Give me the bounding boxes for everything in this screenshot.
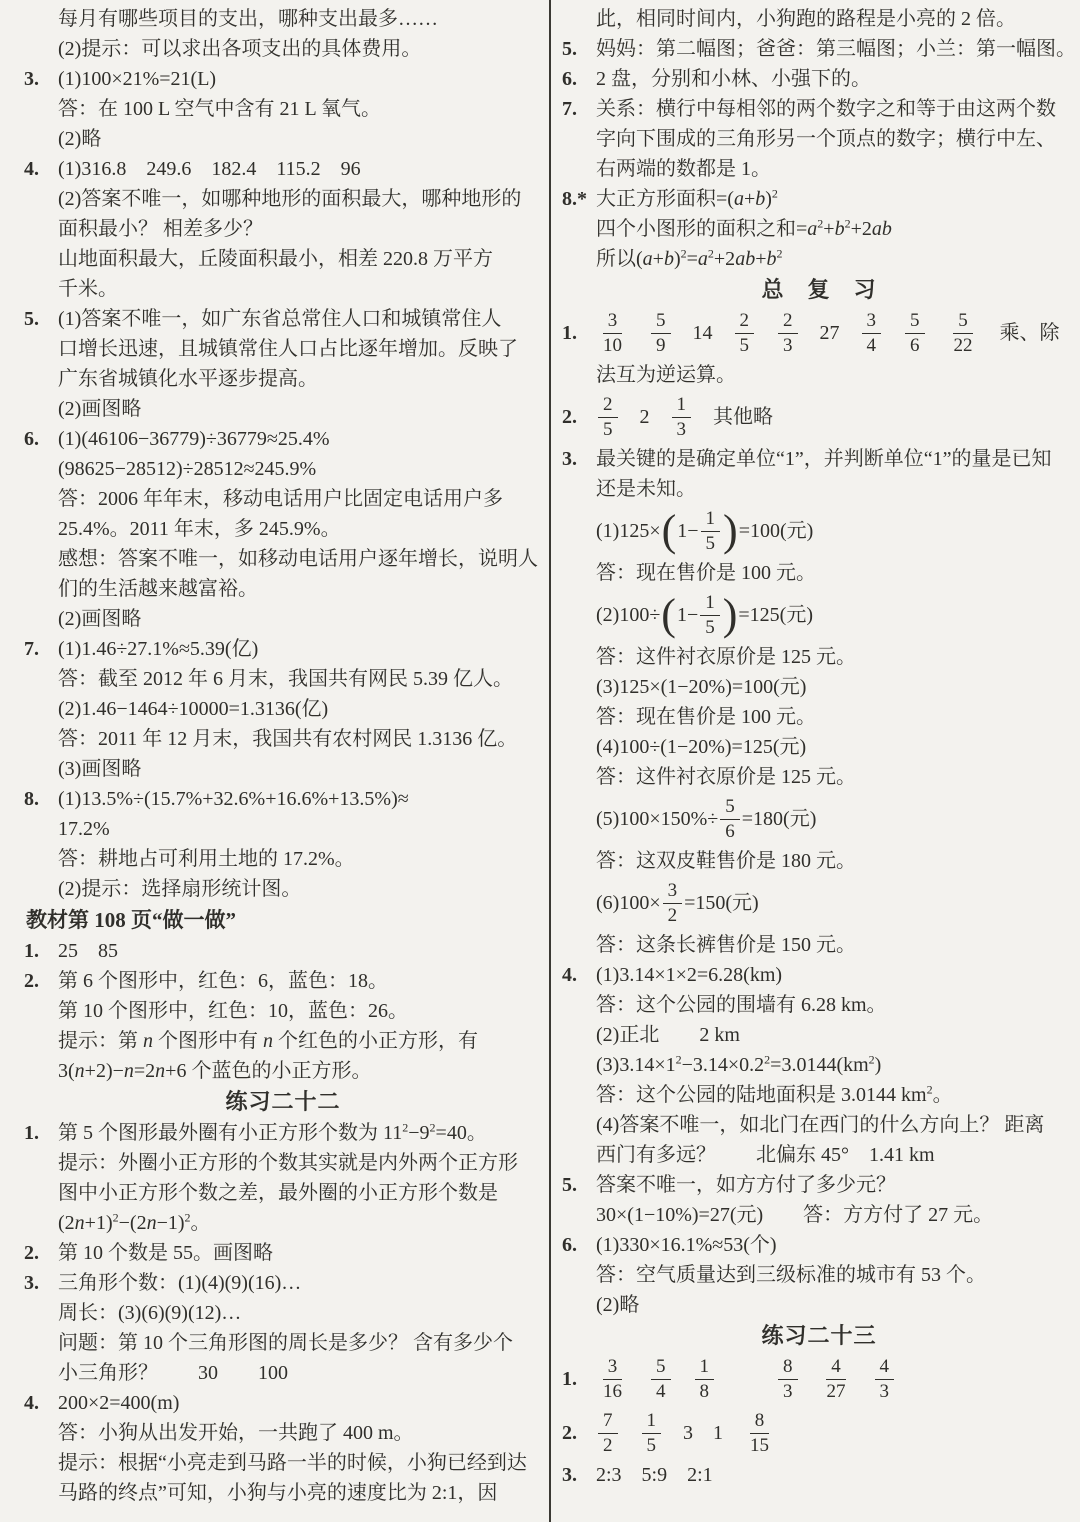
line-content: (2)提示：可以求出各项支出的具体费用。 xyxy=(58,38,421,60)
text-run: 3 1 xyxy=(663,1418,743,1448)
line-content: 30×(1−10%)=27(元) 答：方方付了 27 元。 xyxy=(596,1204,993,1226)
fraction-numerator: 2 xyxy=(598,394,618,418)
math-variable: n xyxy=(75,1212,85,1234)
text-run: =40。 xyxy=(436,1122,487,1144)
line-content: 答：在 100 L 空气中含有 21 L 氧气。 xyxy=(58,98,381,120)
line-content: 2 盘，分别和小林、小强下的。 xyxy=(596,68,871,90)
text-line: 此，相同时间内，小狗跑的路程是小亮的 2 倍。 xyxy=(562,4,1076,34)
fraction-numerator: 1 xyxy=(672,394,692,418)
line-content: 妈妈：第二幅图；爸爸：第三幅图；小兰：第一幅图。 xyxy=(596,38,1076,60)
text-run: (2)略 xyxy=(596,1294,639,1316)
text-line: 第 10 个图形中，红色：10，蓝色：26。 xyxy=(24,996,542,1026)
text-run: 山地面积最大，丘陵面积最小，相差 220.8 万平方 xyxy=(58,248,493,270)
text-run: =100(元) xyxy=(739,516,814,546)
text-run: +1) xyxy=(85,1212,113,1234)
line-content: 马路的终点”可知，小狗与小亮的速度比为 2:1，因 xyxy=(58,1482,497,1504)
text-run: 乘、除 xyxy=(980,318,1060,348)
fraction-numerator: 5 xyxy=(953,310,973,334)
line-content: 四个小图形的面积之和=a2+b2+2ab xyxy=(596,218,892,240)
line-content: 图中小正方形个数之差，最外圈的小正方形个数是 xyxy=(58,1182,498,1204)
text-run: (2)略 xyxy=(58,128,101,150)
fraction-numerator: 3 xyxy=(663,880,683,904)
item-number: 2. xyxy=(24,966,39,996)
text-run: =3.0144(km xyxy=(770,1054,869,1076)
text-line: 4.(1)3.14×1×2=6.28(km) xyxy=(562,960,1076,990)
text-run: 1− xyxy=(677,516,698,546)
item-number: 6. xyxy=(562,1230,577,1260)
line-content: 字向下围成的三角形另一个顶点的数字；横行中左、 xyxy=(596,128,1056,150)
math-variable: b xyxy=(835,218,845,240)
text-run: 答：现在售价是 100 元。 xyxy=(596,706,816,728)
line-content: 答：这个公园的围墙有 6.28 km。 xyxy=(596,994,887,1016)
text-line: 6.2 盘，分别和小林、小强下的。 xyxy=(562,64,1076,94)
fraction-denominator: 8 xyxy=(695,1380,715,1402)
text-run: 周长：(3)(6)(9)(12)… xyxy=(58,1302,241,1324)
fraction: 56 xyxy=(720,796,740,842)
line-content: 答：现在售价是 100 元。 xyxy=(596,562,816,584)
text-line: 答：2006 年年末，移动电话用户比固定电话用户多 xyxy=(24,484,542,514)
text-run: 个图形中有 xyxy=(153,1030,263,1052)
fraction: 15 xyxy=(701,508,721,554)
line-content: 答：2011 年 12 月末，我国共有农村网民 1.3136 亿。 xyxy=(58,728,517,750)
line-content: 大正方形面积=(a+b)2 xyxy=(596,188,778,210)
text-run: 答：耕地占可利用土地的 17.2%。 xyxy=(58,848,355,870)
text-run: 四个小图形的面积之和= xyxy=(596,218,807,240)
fraction: 427 xyxy=(822,1356,851,1402)
big-parenthesis: ( xyxy=(661,594,676,636)
text-line: (4)答案不唯一，如北门在西门的什么方向上？ 距离 xyxy=(562,1110,1076,1140)
text-line: 1.316 54 18 83 427 43 xyxy=(562,1352,1076,1406)
text-line: 还是未知。 xyxy=(562,474,1076,504)
text-run: 27 xyxy=(800,318,860,348)
line-content: 2:3 5:9 2:1 xyxy=(596,1464,713,1486)
text-run: 3( xyxy=(58,1060,75,1082)
text-run: 面积最小？ 相差多少？ xyxy=(58,218,263,240)
text-run xyxy=(927,318,947,348)
math-variable: a xyxy=(698,248,708,270)
line-content: (2)画图略 xyxy=(58,398,141,420)
item-number: 6. xyxy=(24,424,39,454)
text-line: 1.25 85 xyxy=(24,936,542,966)
text-line: 图中小正方形个数之差，最外圈的小正方形个数是 xyxy=(24,1178,542,1208)
line-content: (2)画图略 xyxy=(58,608,141,630)
line-content: (1)125×(1−15)=100(元) xyxy=(596,508,813,554)
text-line: 口增长迅速，且城镇常住人口占比逐年增加。反映了 xyxy=(24,334,542,364)
text-run: 们的生活越来越富裕。 xyxy=(58,578,258,600)
line-content: 提示：第 n 个图形中有 n 个红色的小正方形，有 xyxy=(58,1030,478,1052)
fraction-denominator: 6 xyxy=(720,820,740,842)
item-number: 4. xyxy=(562,960,577,990)
text-run: =150(元) xyxy=(684,888,759,918)
column-divider xyxy=(549,0,551,1522)
fraction-denominator: 10 xyxy=(598,334,627,356)
line-content: (1)答案不唯一，如广东省总常住人口和城镇常住人 xyxy=(58,308,501,330)
line-content: (3)画图略 xyxy=(58,758,141,780)
item-number: 3. xyxy=(24,1268,39,1298)
item-number: 1. xyxy=(562,318,577,348)
text-line: 30×(1−10%)=27(元) 答：方方付了 27 元。 xyxy=(562,1200,1076,1230)
text-line: 25.4%。2011 年末，多 245.9%。 xyxy=(24,514,542,544)
item-number: 7. xyxy=(562,94,577,124)
text-line: (2n+1)2−(2n−1)2。 xyxy=(24,1208,542,1238)
text-run: 。 xyxy=(191,1212,211,1234)
text-run: (3)125×(1−20%)=100(元) xyxy=(596,676,806,698)
section-heading: 教材第 108 页“做一做” xyxy=(24,904,542,936)
text-line: 答：在 100 L 空气中含有 21 L 氧气。 xyxy=(24,94,542,124)
line-content: 316 54 18 83 427 43 xyxy=(596,1356,896,1402)
item-number: 1. xyxy=(24,936,39,966)
text-line: 广东省城镇化水平逐步提高。 xyxy=(24,364,542,394)
fraction-numerator: 3 xyxy=(862,310,882,334)
text-run: 小三角形？ 30 100 xyxy=(58,1362,288,1384)
fraction: 815 xyxy=(745,1410,774,1456)
fraction-denominator: 4 xyxy=(862,334,882,356)
item-number: 5. xyxy=(562,1170,577,1200)
text-run xyxy=(800,1364,820,1394)
text-run: 14 xyxy=(673,318,733,348)
text-run: + xyxy=(653,248,664,270)
text-line: 周长：(3)(6)(9)(12)… xyxy=(24,1298,542,1328)
text-line: 8.*大正方形面积=(a+b)2 xyxy=(562,184,1076,214)
text-run: 30×(1−10%)=27(元) 答：方方付了 27 元。 xyxy=(596,1204,993,1226)
math-variable: ab xyxy=(735,248,755,270)
text-run: =125(元) xyxy=(738,600,813,630)
text-run: 答：截至 2012 年 6 月末，我国共有网民 5.39 亿人。 xyxy=(58,668,513,690)
text-line: (2)略 xyxy=(24,124,542,154)
line-content: 答：空气质量达到三级标准的城市有 53 个。 xyxy=(596,1264,986,1286)
item-number: 1. xyxy=(24,1118,39,1148)
text-run: 答：这个公园的围墙有 6.28 km。 xyxy=(596,994,887,1016)
item-number: 3. xyxy=(562,444,577,474)
line-content: 200×2=400(m) xyxy=(58,1392,179,1414)
text-line: 面积最小？ 相差多少？ xyxy=(24,214,542,244)
fraction-numerator: 1 xyxy=(700,592,720,616)
line-content: 总 复 习 xyxy=(761,277,876,302)
text-run: 口增长迅速，且城镇常住人口占比逐年增加。反映了 xyxy=(58,338,518,360)
text-line: 5.妈妈：第二幅图；爸爸：第三幅图；小兰：第一幅图。 xyxy=(562,34,1076,64)
text-run: 25 85 xyxy=(58,940,118,962)
math-variable: n xyxy=(155,1060,165,1082)
text-run: 1− xyxy=(677,600,698,630)
superscript-exponent: 2 xyxy=(776,246,782,260)
text-run: (2)答案不唯一，如哪种地形的面积最大，哪种地形的 xyxy=(58,188,521,210)
answer-key-page: 每月有哪些项目的支出，哪种支出最多……(2)提示：可以求出各项支出的具体费用。3… xyxy=(0,0,1080,1522)
fraction: 59 xyxy=(651,310,671,356)
fraction-denominator: 5 xyxy=(700,616,720,638)
text-run: (5)100×150%÷ xyxy=(596,804,718,834)
line-content: 感想：答案不唯一，如移动电话用户逐年增长，说明人 xyxy=(58,548,538,570)
text-line: 2.第 6 个图形中，红色：6，蓝色：18。 xyxy=(24,966,542,996)
big-parenthesis: ) xyxy=(723,594,738,636)
text-run: 所以( xyxy=(596,248,643,270)
line-content: 此，相同时间内，小狗跑的路程是小亮的 2 倍。 xyxy=(596,8,1016,30)
text-line: 3.(1)100×21%=21(L) xyxy=(24,64,542,94)
text-run: 马路的终点”可知，小狗与小亮的速度比为 2:1，因 xyxy=(58,1482,497,1504)
line-content: 答：耕地占可利用土地的 17.2%。 xyxy=(58,848,355,870)
text-run: 答：这双皮鞋售价是 180 元。 xyxy=(596,850,856,872)
text-line: (2)100÷(1−15)=125(元) xyxy=(562,588,1076,642)
fraction-numerator: 8 xyxy=(778,1356,798,1380)
text-run: (2)提示：可以求出各项支出的具体费用。 xyxy=(58,38,421,60)
item-number: 5. xyxy=(24,304,39,334)
line-content: 提示：根据“小亮走到马路一半的时候，小狗已经到达 xyxy=(58,1452,527,1474)
text-run: 提示：根据“小亮走到马路一半的时候，小狗已经到达 xyxy=(58,1452,527,1474)
line-content: (1)330×16.1%≈53(个) xyxy=(596,1234,777,1256)
line-content: (2)答案不唯一，如哪种地形的面积最大，哪种地形的 xyxy=(58,188,521,210)
text-line: 3.三角形个数：(1)(4)(9)(16)… xyxy=(24,1268,542,1298)
fraction: 34 xyxy=(862,310,882,356)
text-line: 7.关系：横行中每相邻的两个数字之和等于由这两个数 xyxy=(562,94,1076,124)
text-run xyxy=(756,318,776,348)
line-content: 答案不唯一，如方方付了多少元？ xyxy=(596,1174,896,1196)
text-line: 答：现在售价是 100 元。 xyxy=(562,702,1076,732)
text-line: (2)提示：选择扇形统计图。 xyxy=(24,874,542,904)
item-number: 2. xyxy=(24,1238,39,1268)
line-content: (1)13.5%÷(15.7%+32.6%+16.6%+13.5%)≈ xyxy=(58,788,409,810)
text-line: (3)画图略 xyxy=(24,754,542,784)
line-content: 答：现在售价是 100 元。 xyxy=(596,706,816,728)
fraction-numerator: 5 xyxy=(651,310,671,334)
line-content: 最关键的是确定单位“1”，并判断单位“1”的量是已知 xyxy=(596,448,1052,470)
line-content: 17.2% xyxy=(58,818,110,840)
text-run: +2 xyxy=(714,248,735,270)
text-run: (1)316.8 249.6 182.4 115.2 96 xyxy=(58,158,361,180)
math-variable: b xyxy=(755,188,765,210)
line-content: 第 6 个图形中，红色：6，蓝色：18。 xyxy=(58,970,388,992)
text-line: 答：现在售价是 100 元。 xyxy=(562,558,1076,588)
text-line: 答：这双皮鞋售价是 180 元。 xyxy=(562,846,1076,876)
fraction: 32 xyxy=(663,880,683,926)
fraction-numerator: 5 xyxy=(905,310,925,334)
text-run: 第 10 个图形中，红色：10，蓝色：26。 xyxy=(58,1000,408,1022)
text-line: 8.(1)13.5%÷(15.7%+32.6%+16.6%+13.5%)≈ xyxy=(24,784,542,814)
text-line: 提示：根据“小亮走到马路一半的时候，小狗已经到达 xyxy=(24,1448,542,1478)
math-variable: n xyxy=(263,1030,273,1052)
text-line: 们的生活越来越富裕。 xyxy=(24,574,542,604)
text-run: (2)画图略 xyxy=(58,398,141,420)
line-content: 练习二十二 xyxy=(225,1089,340,1114)
fraction-numerator: 5 xyxy=(651,1356,671,1380)
text-line: (2)答案不唯一，如哪种地形的面积最大，哪种地形的 xyxy=(24,184,542,214)
text-line: 3(n+2)−n=2n+6 个蓝色的小正方形。 xyxy=(24,1056,542,1086)
text-run: +6 个蓝色的小正方形。 xyxy=(165,1060,371,1082)
line-content: (1)(46106−36779)÷36779≈25.4% xyxy=(58,428,330,450)
fraction-numerator: 7 xyxy=(598,1410,618,1434)
line-content: 周长：(3)(6)(9)(12)… xyxy=(58,1302,241,1324)
text-run: 第 10 个数是 55。画图略 xyxy=(58,1242,273,1264)
text-line: 四个小图形的面积之和=a2+b2+2ab xyxy=(562,214,1076,244)
superscript-exponent: 2 xyxy=(772,186,778,200)
text-run: +2)− xyxy=(85,1060,124,1082)
fraction-numerator: 4 xyxy=(875,1356,895,1380)
text-line: (2)画图略 xyxy=(24,604,542,634)
line-content: 还是未知。 xyxy=(596,478,696,500)
column-left: 每月有哪些项目的支出，哪种支出最多……(2)提示：可以求出各项支出的具体费用。3… xyxy=(24,0,542,1508)
text-run: 图中小正方形个数之差，最外圈的小正方形个数是 xyxy=(58,1182,498,1204)
text-line: 马路的终点”可知，小狗与小亮的速度比为 2:1，因 xyxy=(24,1478,542,1508)
text-run: ) xyxy=(674,248,681,270)
text-run xyxy=(629,318,649,348)
line-content: 法互为逆运算。 xyxy=(596,364,736,386)
text-run: 教材第 108 页“做一做” xyxy=(26,908,236,932)
text-run: (4)100÷(1−20%)=125(元) xyxy=(596,736,806,758)
column-right: 此，相同时间内，小狗跑的路程是小亮的 2 倍。5.妈妈：第二幅图；爸爸：第三幅图… xyxy=(562,0,1076,1490)
text-line: 答：耕地占可利用土地的 17.2%。 xyxy=(24,844,542,874)
text-line: 2.72 15 3 1 815 xyxy=(562,1406,1076,1460)
text-line: 1.第 5 个图形最外圈有小正方形个数为 112−92=40。 xyxy=(24,1118,542,1148)
fraction-denominator: 2 xyxy=(598,1434,618,1456)
fraction: 83 xyxy=(778,1356,798,1402)
text-run: =180(元) xyxy=(742,804,817,834)
fraction: 56 xyxy=(905,310,925,356)
line-content: 第 10 个数是 55。画图略 xyxy=(58,1242,273,1264)
text-line: (3)125×(1−20%)=100(元) xyxy=(562,672,1076,702)
item-number: 7. xyxy=(24,634,39,664)
math-variable: n xyxy=(75,1060,85,1082)
fraction-numerator: 8 xyxy=(750,1410,770,1434)
math-variable: b xyxy=(664,248,674,270)
text-run: 问题：第 10 个三角形图的周长是多少？ 含有多少个 xyxy=(58,1332,513,1354)
text-run: 提示：外圈小正方形的个数其实就是内外两个正方形 xyxy=(58,1152,518,1174)
section-heading: 总 复 习 xyxy=(562,274,1076,306)
big-parenthesis: ( xyxy=(662,510,677,552)
line-content: (2)提示：选择扇形统计图。 xyxy=(58,878,301,900)
text-run: 25.4%。2011 年末，多 245.9%。 xyxy=(58,518,341,540)
fraction: 54 xyxy=(651,1356,671,1402)
text-run: 答：这条长裤售价是 150 元。 xyxy=(596,934,856,956)
text-line: 答：小狗从出发开始，一共跑了 400 m。 xyxy=(24,1418,542,1448)
line-content: 3(n+2)−n=2n+6 个蓝色的小正方形。 xyxy=(58,1060,371,1082)
line-content: 答：2006 年年末，移动电话用户比固定电话用户多 xyxy=(58,488,503,510)
fraction-numerator: 3 xyxy=(603,310,623,334)
text-run xyxy=(620,1418,640,1448)
item-number: 3. xyxy=(562,1460,577,1490)
item-number: 8.* xyxy=(562,184,587,214)
text-line: 每月有哪些项目的支出，哪种支出最多…… xyxy=(24,4,542,34)
fraction-denominator: 5 xyxy=(701,532,721,554)
text-run: (6)100× xyxy=(596,888,661,918)
text-line: (3)3.14×12−3.14×0.22=3.0144(km2) xyxy=(562,1050,1076,1080)
fraction-denominator: 5 xyxy=(642,1434,662,1456)
item-number: 4. xyxy=(24,1388,39,1418)
math-variable: n xyxy=(147,1212,157,1234)
text-line: 7.(1)1.46÷27.1%≈5.39(亿) xyxy=(24,634,542,664)
text-run: ) xyxy=(875,1054,882,1076)
text-run: 感想：答案不唯一，如移动电话用户逐年增长，说明人 xyxy=(58,548,538,570)
text-line: (2)1.46−1464÷10000=1.3136(亿) xyxy=(24,694,542,724)
item-number: 1. xyxy=(562,1364,577,1394)
text-run: + xyxy=(744,188,755,210)
fraction-denominator: 3 xyxy=(778,334,798,356)
text-line: 答：这条长裤售价是 150 元。 xyxy=(562,930,1076,960)
text-line: 感想：答案不唯一，如移动电话用户逐年增长，说明人 xyxy=(24,544,542,574)
line-content: (6)100×32=150(元) xyxy=(596,880,759,926)
item-number: 2. xyxy=(562,402,577,432)
text-line: 4.200×2=400(m) xyxy=(24,1388,542,1418)
line-content: 25 2 13 其他略 xyxy=(596,394,773,440)
text-run: −(2 xyxy=(119,1212,147,1234)
text-line: 千米。 xyxy=(24,274,542,304)
text-line: 答：这件衬衣原价是 125 元。 xyxy=(562,642,1076,672)
fraction-numerator: 4 xyxy=(826,1356,846,1380)
fraction-denominator: 15 xyxy=(745,1434,774,1456)
text-run: (1)100×21%=21(L) xyxy=(58,68,216,90)
text-run: 答：在 100 L 空气中含有 21 L 氧气。 xyxy=(58,98,381,120)
line-content: (3)125×(1−20%)=100(元) xyxy=(596,676,806,698)
fraction-denominator: 9 xyxy=(651,334,671,356)
fraction-numerator: 3 xyxy=(603,1356,623,1380)
line-content: 答：这件衬衣原价是 125 元。 xyxy=(596,646,856,668)
text-run: (1)1.46÷27.1%≈5.39(亿) xyxy=(58,638,258,660)
line-content: 教材第 108 页“做一做” xyxy=(26,908,236,932)
line-content: (5)100×150%÷56=180(元) xyxy=(596,796,816,842)
fraction: 72 xyxy=(598,1410,618,1456)
fraction-denominator: 6 xyxy=(905,334,925,356)
text-run: +2 xyxy=(851,218,872,240)
item-number: 4. xyxy=(24,154,39,184)
math-variable: ab xyxy=(872,218,892,240)
text-run: + xyxy=(823,218,834,240)
text-run xyxy=(883,318,903,348)
text-run: 2 xyxy=(620,402,670,432)
item-number: 3. xyxy=(24,64,39,94)
line-content: (2)100÷(1−15)=125(元) xyxy=(596,592,813,638)
text-line: 答：2011 年 12 月末，我国共有农村网民 1.3136 亿。 xyxy=(24,724,542,754)
line-content: (98625−28512)÷28512≈245.9% xyxy=(58,458,316,480)
line-content: 310 59 14 25 23 27 34 56 522 乘、除 xyxy=(596,310,1060,356)
text-line: 字向下围成的三角形另一个顶点的数字；横行中左、 xyxy=(562,124,1076,154)
fraction-denominator: 3 xyxy=(672,418,692,440)
line-content: 每月有哪些项目的支出，哪种支出最多…… xyxy=(58,8,438,30)
text-run: 妈妈：第二幅图；爸爸：第三幅图；小兰：第一幅图。 xyxy=(596,38,1076,60)
text-run: (4)答案不唯一，如北门在西门的什么方向上？ 距离 xyxy=(596,1114,1044,1136)
line-content: (3)3.14×12−3.14×0.22=3.0144(km2) xyxy=(596,1054,881,1076)
math-variable: a xyxy=(734,188,744,210)
math-variable: b xyxy=(766,248,776,270)
text-run: 提示：第 xyxy=(58,1030,143,1052)
text-run xyxy=(673,1364,693,1394)
text-run: 2:3 5:9 2:1 xyxy=(596,1464,713,1486)
text-line: 答：截至 2012 年 6 月末，我国共有网民 5.39 亿人。 xyxy=(24,664,542,694)
fraction-numerator: 5 xyxy=(720,796,740,820)
text-run: (1)13.5%÷(15.7%+32.6%+16.6%+13.5%)≈ xyxy=(58,788,409,810)
text-line: 6.(1)330×16.1%≈53(个) xyxy=(562,1230,1076,1260)
text-line: 答：这个公园的围墙有 6.28 km。 xyxy=(562,990,1076,1020)
line-content: 第 10 个图形中，红色：10，蓝色：26。 xyxy=(58,1000,408,1022)
text-line: 提示：外圈小正方形的个数其实就是内外两个正方形 xyxy=(24,1148,542,1178)
text-run: 字向下围成的三角形另一个顶点的数字；横行中左、 xyxy=(596,128,1056,150)
text-run: −3.14×0.2 xyxy=(682,1054,765,1076)
fraction-denominator: 16 xyxy=(598,1380,627,1402)
text-run: 个红色的小正方形，有 xyxy=(273,1030,478,1052)
text-line: 小三角形？ 30 100 xyxy=(24,1358,542,1388)
text-run: (2)正北 2 km xyxy=(596,1024,740,1046)
line-content: 们的生活越来越富裕。 xyxy=(58,578,258,600)
text-line: 法互为逆运算。 xyxy=(562,360,1076,390)
text-run: 练习二十二 xyxy=(225,1089,340,1114)
text-line: 6.(1)(46106−36779)÷36779≈25.4% xyxy=(24,424,542,454)
text-line: 右两端的数都是 1。 xyxy=(562,154,1076,184)
fraction: 13 xyxy=(672,394,692,440)
text-line: 5.(1)答案不唯一，如广东省总常住人口和城镇常住人 xyxy=(24,304,542,334)
text-run: 答：小狗从出发开始，一共跑了 400 m。 xyxy=(58,1422,414,1444)
text-line: (2)略 xyxy=(562,1290,1076,1320)
item-number: 6. xyxy=(562,64,577,94)
text-line: 山地面积最大，丘陵面积最小，相差 220.8 万平方 xyxy=(24,244,542,274)
text-line: (2)画图略 xyxy=(24,394,542,424)
fraction-numerator: 2 xyxy=(778,310,798,334)
text-run: 答：空气质量达到三级标准的城市有 53 个。 xyxy=(596,1264,986,1286)
